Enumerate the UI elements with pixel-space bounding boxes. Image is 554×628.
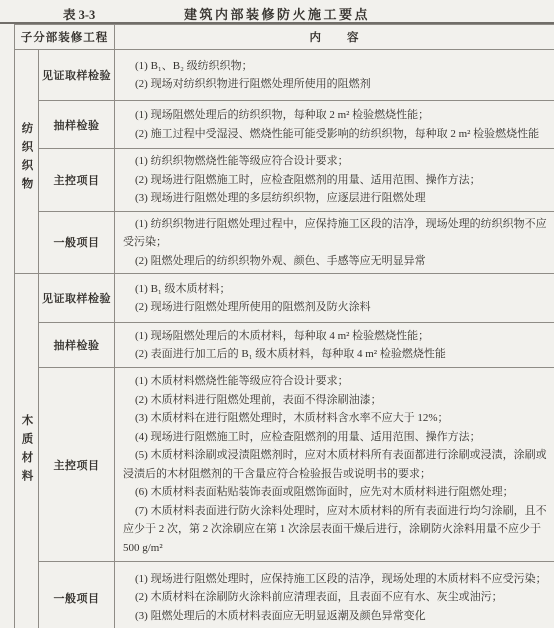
content-cell: (1) B₁、B₂ 级纺织织物； (2) 现场对纺织织物进行阻燃处理所使用的阻燃… [115, 50, 554, 101]
group-label-text: 纺织织物 [19, 122, 35, 196]
table-row: 纺织织物 见证取样检验 (1) B₁、B₂ 级纺织织物； (2) 现场对纺织织物… [15, 50, 554, 101]
content-cell: (1) 现场阻燃处理后的木质材料，每种取 4 m² 检验燃烧性能； (2) 表面… [115, 323, 554, 368]
content-item: (1) B₁ 级木质材料； [123, 280, 550, 299]
content-item: (2) 木质材料在涂刷防火涂料前应清理表面，且表面不应有水、灰尘或油污； [123, 588, 550, 607]
table-row: 抽样检验 (1) 现场阻燃处理后的纺织织物，每种取 2 m² 检验燃烧性能； (… [15, 101, 554, 149]
row-label-dominant-items: 主控项目 [39, 149, 115, 212]
row-label-dominant-items: 主控项目 [39, 368, 115, 562]
content-item: (3) 现场进行阻燃处理的多层纺织织物，应逐层进行阻燃处理 [123, 189, 550, 208]
content-item: (2) 阻燃处理后的纺织织物外观、颜色、手感等应无明显异常 [123, 252, 550, 271]
row-label-general-items: 一般项目 [39, 562, 115, 628]
content-item: (1) 木质材料燃烧性能等级应符合设计要求； [123, 372, 550, 391]
table-caption-row: 表 3-3 建筑内部装修防火施工要点 [0, 0, 554, 22]
content-item: (3) 木质材料在进行阻燃处理时，木质材料含水率不应大于 12%； [123, 409, 550, 428]
group-label-text: 木质材料 [19, 414, 35, 488]
content-item: (1) 纺织织物进行阻燃处理过程中，应保持施工区段的洁净，现场处理的纺织织物不应… [123, 215, 550, 252]
content-item: (3) 阻燃处理后的木质材料表面应无明显返潮及颜色异常变化 [123, 607, 550, 626]
header-subdivision-project: 子分部装修工程 [15, 25, 115, 50]
row-label-spot-check: 抽样检验 [39, 101, 115, 149]
group-label-wood: 木质材料 [15, 274, 39, 628]
table-row: 抽样检验 (1) 现场阻燃处理后的木质材料，每种取 4 m² 检验燃烧性能； (… [15, 323, 554, 368]
header-content: 内 容 [115, 25, 554, 50]
content-item: (2) 施工过程中受湿浸、燃烧性能可能受影响的纺织织物，每种取 2 m² 检验燃… [123, 125, 550, 144]
content-cell: (1) 现场阻燃处理后的纺织织物，每种取 2 m² 检验燃烧性能； (2) 施工… [115, 101, 554, 149]
content-item: (1) B₁、B₂ 级纺织织物； [123, 57, 550, 76]
table-row: 木质材料 见证取样检验 (1) B₁ 级木质材料； (2) 现场进行阻燃处理所使… [15, 274, 554, 323]
content-item: (6) 木质材料表面粘贴装饰表面或阻燃饰面时，应先对木质材料进行阻燃处理； [123, 483, 550, 502]
content-item: (1) 纺织织物燃烧性能等级应符合设计要求； [123, 152, 550, 171]
page-title: 建筑内部装修防火施工要点 [0, 4, 554, 23]
content-cell: (1) 现场进行阻燃处理时，应保持施工区段的洁净，现场处理的木质材料不应受污染；… [115, 562, 554, 628]
content-item: (2) 表面进行加工后的 B₁ 级木质材料，每种取 4 m² 检验燃烧性能 [123, 345, 550, 364]
content-item: (4) 现场进行阻燃施工时，应检查阻燃剂的用量、适用范围、操作方法； [123, 428, 550, 447]
row-label-witness-sampling: 见证取样检验 [39, 274, 115, 323]
content-item: (1) 现场阻燃处理后的木质材料，每种取 4 m² 检验燃烧性能； [123, 327, 550, 346]
content-item: (5) 木质材料涂刷或浸渍阻燃剂时，应对木质材料所有表面都进行涂刷或浸渍，涂刷或… [123, 446, 550, 483]
table-row: 主控项目 (1) 木质材料燃烧性能等级应符合设计要求； (2) 木质材料进行阻燃… [15, 368, 554, 562]
content-cell: (1) 木质材料燃烧性能等级应符合设计要求； (2) 木质材料进行阻燃处理前，表… [115, 368, 554, 562]
content-cell: (1) 纺织织物燃烧性能等级应符合设计要求； (2) 现场进行阻燃施工时，应检查… [115, 149, 554, 212]
scanned-document-page: 表 3-3 建筑内部装修防火施工要点 子分部装修工程 内 容 纺织织物 见证取样… [0, 0, 554, 628]
content-item: (2) 现场进行阻燃施工时，应检查阻燃剂的用量、适用范围、操作方法； [123, 171, 550, 190]
table-row: 主控项目 (1) 纺织织物燃烧性能等级应符合设计要求； (2) 现场进行阻燃施工… [15, 149, 554, 212]
row-label-spot-check: 抽样检验 [39, 323, 115, 368]
table-row: 一般项目 (1) 纺织织物进行阻燃处理过程中，应保持施工区段的洁净，现场处理的纺… [15, 211, 554, 274]
row-label-general-items: 一般项目 [39, 211, 115, 274]
content-cell: (1) B₁ 级木质材料； (2) 现场进行阻燃处理所使用的阻燃剂及防火涂料 [115, 274, 554, 323]
content-cell: (1) 纺织织物进行阻燃处理过程中，应保持施工区段的洁净，现场处理的纺织织物不应… [115, 211, 554, 274]
table-row: 一般项目 (1) 现场进行阻燃处理时，应保持施工区段的洁净，现场处理的木质材料不… [15, 562, 554, 628]
content-item: (2) 木质材料进行阻燃处理前，表面不得涂刷油漆； [123, 391, 550, 410]
content-item: (1) 现场阻燃处理后的纺织织物，每种取 2 m² 检验燃烧性能； [123, 106, 550, 125]
content-item: (1) 现场进行阻燃处理时，应保持施工区段的洁净，现场处理的木质材料不应受污染； [123, 570, 550, 589]
group-label-textile: 纺织织物 [15, 50, 39, 274]
content-item: (2) 现场对纺织织物进行阻燃处理所使用的阻燃剂 [123, 75, 550, 94]
table-header-row: 子分部装修工程 内 容 [15, 25, 554, 50]
row-label-witness-sampling: 见证取样检验 [39, 50, 115, 101]
fire-construction-table: 子分部装修工程 内 容 纺织织物 见证取样检验 (1) B₁、B₂ 级纺织织物；… [14, 24, 554, 628]
content-item: (7) 木质材料表面进行防火涂料处理时，应对木质材料的所有表面进行均匀涂刷，且不… [123, 502, 550, 558]
content-item: (2) 现场进行阻燃处理所使用的阻燃剂及防火涂料 [123, 298, 550, 317]
